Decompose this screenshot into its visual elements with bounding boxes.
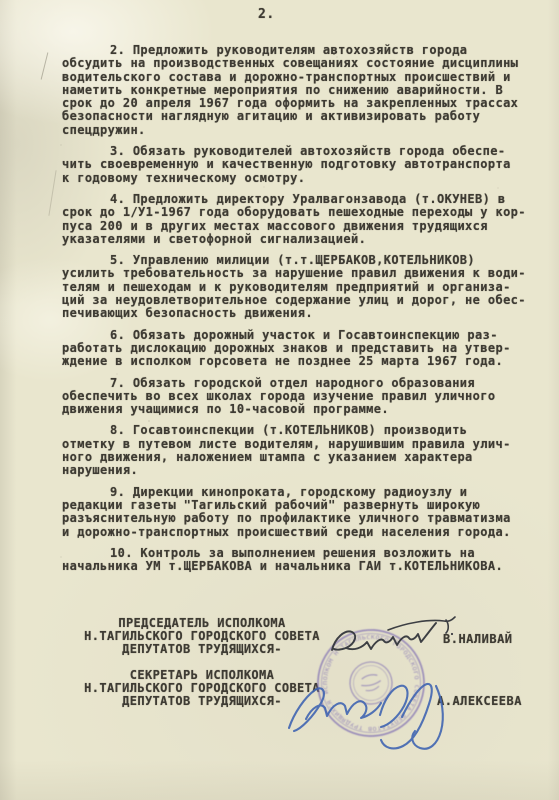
dust-specks <box>0 0 2 2</box>
paragraph-2: 2. Предложить руководителям автохозяйств… <box>62 44 542 137</box>
paragraph-3: 3. Обязать руководителей автохозяйств го… <box>62 145 542 185</box>
signature-name-chairman: В.НАЛИВАЙ <box>443 632 513 646</box>
signature-name-secretary: А.АЛЕКСЕЕВА <box>437 694 522 708</box>
paragraph-4: 4. Предложить директору Уралвагонзавода … <box>62 193 542 246</box>
paragraph-7: 7. Обязать городской отдел народного обр… <box>62 377 542 417</box>
paper-crease-line <box>41 52 49 79</box>
paragraph-10: 10. Контроль за выполнением решения возл… <box>62 547 542 574</box>
paragraph-8: 8. Госавтоинспекции (т.КОТЕЛЬНИКОВ) прои… <box>62 424 542 477</box>
document-page: 2. 2. Предложить руководителям автохозяй… <box>0 0 559 800</box>
paper-crease-line-2 <box>48 170 56 216</box>
signature-title-secretary: СЕКРЕТАРЬ ИСПОЛКОМА Н.ТАГИЛЬСКОГО ГОРОДС… <box>66 669 338 709</box>
paragraph-5: 5. Управлению милиции (т.т.ЩЕРБАКОВ,КОТЕ… <box>62 254 542 320</box>
paragraph-9: 9. Дирекции кинопроката, городскому ради… <box>62 486 542 539</box>
paragraph-6: 6. Обязать дорожный участок и Госавтоинс… <box>62 329 542 369</box>
page-number: 2. <box>258 7 275 22</box>
document-body: 2. Предложить руководителям автохозяйств… <box>62 44 542 581</box>
handwritten-signature-chairman <box>332 617 455 650</box>
signature-title-chairman: ПРЕДСЕДАТЕЛЬ ИСПОЛКОМА Н.ТАГИЛЬСКОГО ГОР… <box>66 617 338 657</box>
